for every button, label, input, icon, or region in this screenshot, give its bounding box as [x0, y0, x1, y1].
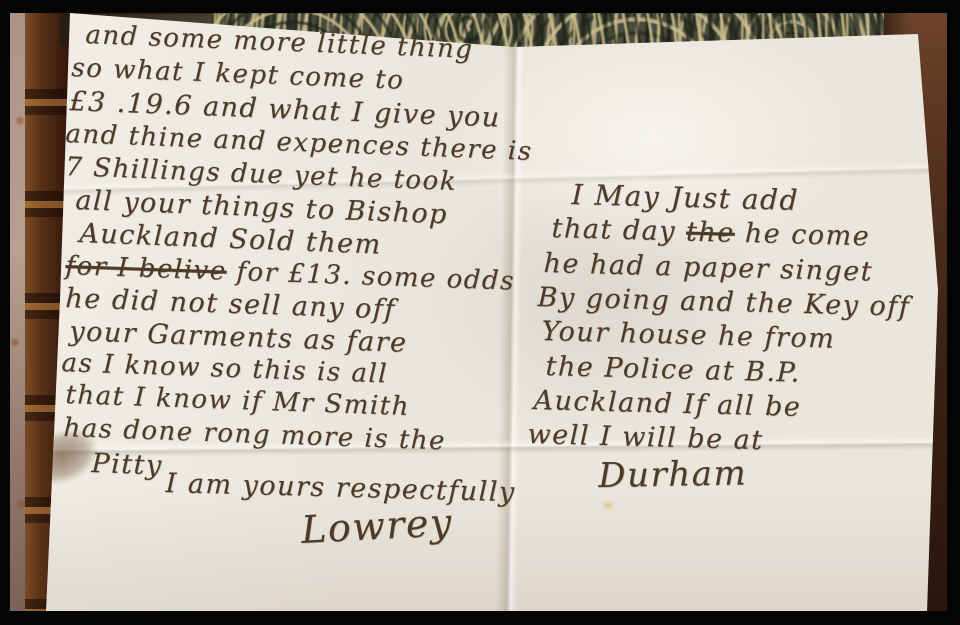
- photo-of-handwritten-letter: and some more little thing so what I kep…: [0, 0, 960, 625]
- line-text: I May Just add: [571, 178, 799, 217]
- photo-frame-top: [0, 0, 960, 13]
- struck-text: for I belive: [65, 251, 227, 287]
- yellow-spot-stain: [600, 498, 617, 513]
- signature-durham: Durham: [598, 453, 748, 496]
- letter-line: the Police at B.P.: [545, 351, 801, 389]
- photo-frame-bottom: [0, 611, 960, 625]
- photo-frame-left: [0, 0, 10, 625]
- line-text: Pitty: [91, 448, 163, 481]
- photo-frame-right: [947, 0, 960, 625]
- letter-line: Pitty: [91, 448, 163, 481]
- line-text: the Police at B.P.: [545, 351, 801, 389]
- center-fold-crease: [496, 0, 529, 625]
- signature-lowrey: Lowrey: [300, 500, 454, 552]
- line-text: he come: [734, 218, 870, 253]
- line-text: Lowrey: [300, 500, 454, 552]
- struck-text: the: [686, 217, 736, 249]
- letter-line: well I will be at: [527, 419, 764, 456]
- line-text: that day: [551, 213, 686, 248]
- letter-line: I May Just add: [571, 178, 799, 217]
- line-text: well I will be at: [527, 419, 764, 456]
- line-text: Durham: [598, 453, 748, 496]
